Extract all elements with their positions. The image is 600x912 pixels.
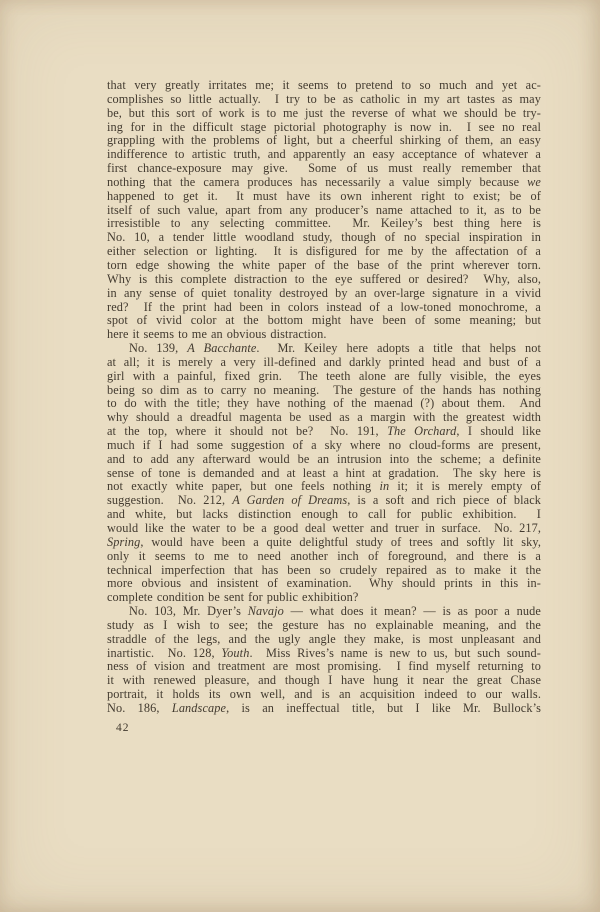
body-text: suggestion. No. 212, bbox=[107, 493, 232, 507]
text-line: in any sense of quiet tonality destroyed… bbox=[107, 287, 541, 301]
text-line: portrait, it holds its own well, and is … bbox=[107, 688, 541, 702]
text-line: study as I wish to see; the gesture has … bbox=[107, 619, 541, 633]
page-number: 42 bbox=[116, 722, 130, 734]
body-text: study as I wish to see; the gesture has … bbox=[107, 618, 541, 632]
text-line: it with renewed pleasure, and though I h… bbox=[107, 674, 541, 688]
body-text: why should a dreadful magenta be used as… bbox=[107, 410, 541, 424]
text-line: straddle of the legs, and the ugly angle… bbox=[107, 633, 541, 647]
paragraph: No. 139, A Bacchante. Mr. Keiley here ad… bbox=[107, 342, 541, 605]
body-text: nothing that the camera produces has nec… bbox=[107, 175, 527, 189]
body-text: spot of vivid color at the bottom might … bbox=[107, 313, 541, 327]
italic-text: we bbox=[527, 175, 541, 189]
body-text: either selection or lighting. It is disf… bbox=[107, 244, 541, 258]
body-text: be, but this sort of work is to me just … bbox=[107, 106, 541, 120]
text-line: here it seems to me an obvious distracti… bbox=[107, 328, 541, 342]
text-line: Why is this complete distraction to the … bbox=[107, 273, 541, 287]
text-line: complete condition be sent for public ex… bbox=[107, 591, 541, 605]
body-text: . Mr. Keiley here adopts a title that he… bbox=[256, 341, 541, 355]
paragraph: No. 103, Mr. Dyer’s Navajo — what does i… bbox=[107, 605, 541, 716]
body-text: not exactly white paper, but one feels n… bbox=[107, 479, 379, 493]
body-text: happened to get it. It must have its own… bbox=[107, 189, 541, 203]
body-text: complete condition be sent for public ex… bbox=[107, 590, 358, 604]
body-text: girl with a painful, fixed grin. The tee… bbox=[107, 369, 541, 383]
text-line: ness of vision and treatment are most pr… bbox=[107, 660, 541, 674]
text-line: that very greatly irritates me; it seems… bbox=[107, 79, 541, 93]
body-text: only it seems to me to need another inch… bbox=[107, 549, 541, 563]
body-text: complishes so little actually. I try to … bbox=[107, 92, 541, 106]
body-text: sense of tone is demanded and at least a… bbox=[107, 466, 541, 480]
body-text: would like the water to be a good deal w… bbox=[107, 521, 541, 535]
body-text: inartistic. No. 128, bbox=[107, 646, 221, 660]
body-text: Why is this complete distraction to the … bbox=[107, 272, 541, 286]
text-line: No. 103, Mr. Dyer’s Navajo — what does i… bbox=[107, 605, 541, 619]
body-text: at all; it is merely a very ill-defined … bbox=[107, 355, 541, 369]
body-text: straddle of the legs, and the ugly angle… bbox=[107, 632, 541, 646]
text-line: technical imperfection that has been so … bbox=[107, 564, 541, 578]
body-text: grappling with the problems of light, bu… bbox=[107, 133, 541, 147]
text-line: only it seems to me to need another inch… bbox=[107, 550, 541, 564]
text-line: would like the water to be a good deal w… bbox=[107, 522, 541, 536]
body-text: being so dim as to carry no meaning. The… bbox=[107, 383, 541, 397]
book-page: that very greatly irritates me; it seems… bbox=[0, 0, 600, 912]
text-line: happened to get it. It must have its own… bbox=[107, 190, 541, 204]
text-line: irresistible to any selecting committee.… bbox=[107, 217, 541, 231]
text-line: grappling with the problems of light, bu… bbox=[107, 134, 541, 148]
text-line: more obvious and insistent of examinatio… bbox=[107, 577, 541, 591]
body-text: , I should like bbox=[456, 424, 541, 438]
text-line: torn edge showing the white paper of the… bbox=[107, 259, 541, 273]
text-line: ing for in the difficult stage pictorial… bbox=[107, 121, 541, 135]
body-text: torn edge showing the white paper of the… bbox=[107, 258, 541, 272]
italic-text: A Bacchante bbox=[187, 341, 256, 355]
text-line: indifference to artistic truth, and appa… bbox=[107, 148, 541, 162]
text-block: that very greatly irritates me; it seems… bbox=[107, 79, 541, 716]
body-text: . Miss Rives’s name is new to us, but su… bbox=[249, 646, 541, 660]
text-line: No. 186, Landscape, is an ineffectual ti… bbox=[107, 702, 541, 716]
italic-text: Spring bbox=[107, 535, 140, 549]
paragraph: that very greatly irritates me; it seems… bbox=[107, 79, 541, 342]
text-line: girl with a painful, fixed grin. The tee… bbox=[107, 370, 541, 384]
text-line: red? If the print had been in colors ins… bbox=[107, 301, 541, 315]
body-text: indifference to artistic truth, and appa… bbox=[107, 147, 541, 161]
italic-text: in bbox=[379, 479, 389, 493]
body-text: itself of such value, apart from any pro… bbox=[107, 203, 541, 217]
text-line: No. 10, a tender little woodland study, … bbox=[107, 231, 541, 245]
text-line: inartistic. No. 128, Youth. Miss Rives’s… bbox=[107, 647, 541, 661]
body-text: ness of vision and treatment are most pr… bbox=[107, 659, 541, 673]
body-text: at the top, where it should not be? No. … bbox=[107, 424, 387, 438]
body-text: — what does it mean? — is as poor a nude bbox=[284, 604, 541, 618]
body-text: and white, but lacks distinction enough … bbox=[107, 507, 541, 521]
body-text: portrait, it holds its own well, and is … bbox=[107, 687, 541, 701]
body-text: , would have been a quite delightful stu… bbox=[140, 535, 541, 549]
text-line: not exactly white paper, but one feels n… bbox=[107, 480, 541, 494]
italic-text: The Orchard bbox=[387, 424, 456, 438]
text-line: itself of such value, apart from any pro… bbox=[107, 204, 541, 218]
text-line: at all; it is merely a very ill-defined … bbox=[107, 356, 541, 370]
body-text: red? If the print had been in colors ins… bbox=[107, 300, 541, 314]
body-text: technical imperfection that has been so … bbox=[107, 563, 541, 577]
text-line: either selection or lighting. It is disf… bbox=[107, 245, 541, 259]
text-line: much if I had some suggestion of a sky w… bbox=[107, 439, 541, 453]
italic-text: Landscape bbox=[172, 701, 226, 715]
text-line: to do with the title; they have nothing … bbox=[107, 397, 541, 411]
body-text: it with renewed pleasure, and though I h… bbox=[107, 673, 541, 687]
body-text: to do with the title; they have nothing … bbox=[107, 396, 541, 410]
text-line: and to add any afterward would be an int… bbox=[107, 453, 541, 467]
body-text: in any sense of quiet tonality destroyed… bbox=[107, 286, 541, 300]
text-line: sense of tone is demanded and at least a… bbox=[107, 467, 541, 481]
text-line: spot of vivid color at the bottom might … bbox=[107, 314, 541, 328]
body-text: it; it is merely empty of bbox=[389, 479, 541, 493]
text-line: why should a dreadful magenta be used as… bbox=[107, 411, 541, 425]
body-text: here it seems to me an obvious distracti… bbox=[107, 327, 327, 341]
text-line: suggestion. No. 212, A Garden of Dreams,… bbox=[107, 494, 541, 508]
body-text: first chance-exposure may give. Some of … bbox=[107, 161, 541, 175]
text-line: being so dim as to carry no meaning. The… bbox=[107, 384, 541, 398]
text-line: nothing that the camera produces has nec… bbox=[107, 176, 541, 190]
text-line: and white, but lacks distinction enough … bbox=[107, 508, 541, 522]
text-line: at the top, where it should not be? No. … bbox=[107, 425, 541, 439]
text-line: be, but this sort of work is to me just … bbox=[107, 107, 541, 121]
body-text: irresistible to any selecting committee.… bbox=[107, 216, 541, 230]
italic-text: A Garden of Dreams bbox=[232, 493, 347, 507]
body-text: and to add any afterward would be an int… bbox=[107, 452, 541, 466]
text-line: Spring, would have been a quite delightf… bbox=[107, 536, 541, 550]
italic-text: Navajo bbox=[248, 604, 284, 618]
text-line: complishes so little actually. I try to … bbox=[107, 93, 541, 107]
text-line: No. 139, A Bacchante. Mr. Keiley here ad… bbox=[107, 342, 541, 356]
body-text: No. 186, bbox=[107, 701, 172, 715]
body-text: No. 103, Mr. Dyer’s bbox=[129, 604, 248, 618]
body-text: No. 10, a tender little woodland study, … bbox=[107, 230, 541, 244]
italic-text: Youth bbox=[221, 646, 249, 660]
body-text: , is an ineffectual title, but I like Mr… bbox=[226, 701, 541, 715]
text-line: first chance-exposure may give. Some of … bbox=[107, 162, 541, 176]
body-text: that very greatly irritates me; it seems… bbox=[107, 78, 541, 92]
body-text: more obvious and insistent of examinatio… bbox=[107, 576, 541, 590]
body-text: ing for in the difficult stage pictorial… bbox=[107, 120, 541, 134]
body-text: , is a soft and rich piece of black bbox=[347, 493, 541, 507]
body-text: much if I had some suggestion of a sky w… bbox=[107, 438, 541, 452]
body-text: No. 139, bbox=[129, 341, 187, 355]
